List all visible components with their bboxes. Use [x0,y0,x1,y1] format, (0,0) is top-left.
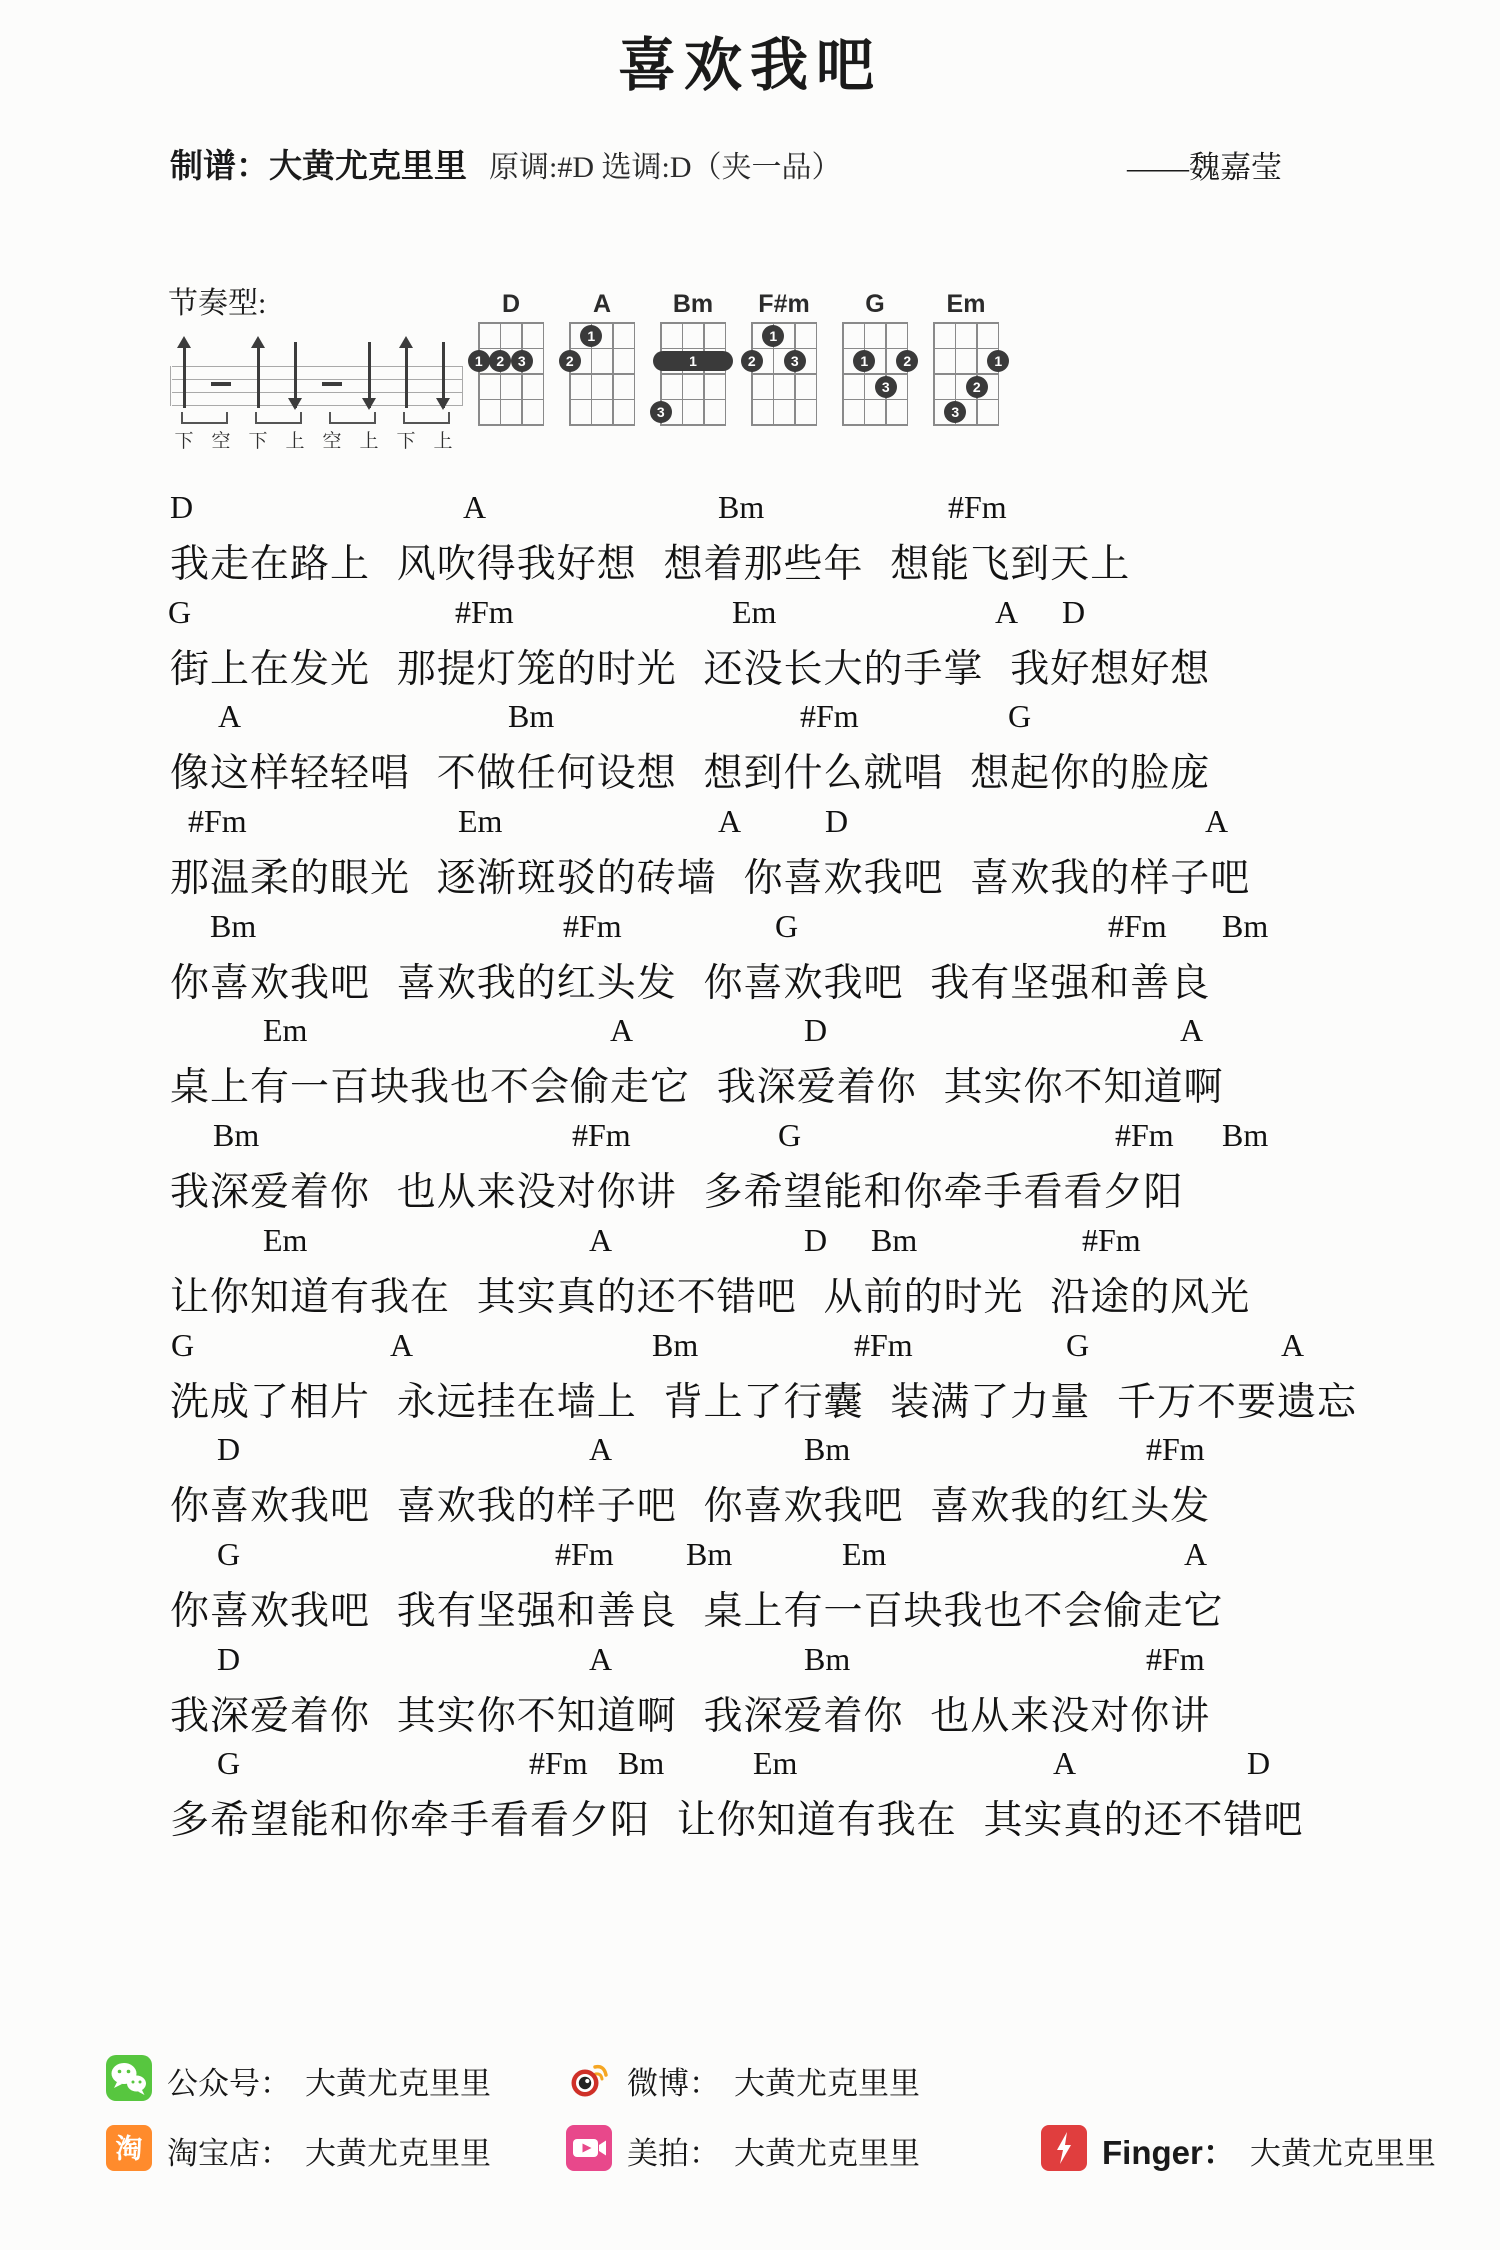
chord-label: Bm [686,1536,732,1573]
fret-line [933,424,999,426]
fret-line [933,373,999,375]
chord-label: G [1008,698,1031,735]
chord-label: #Fm [800,698,859,735]
finger-icon [1040,2124,1088,2177]
chord-chart: Em123 [933,290,999,426]
chord-label: A [218,698,241,735]
chord-label: G [217,1536,240,1573]
fret-line [478,424,544,426]
chord-grid: 12 [569,322,635,426]
rhythm-bracket [255,412,302,424]
chord-label: D [217,1431,240,1468]
chord-label: #Fm [1146,1431,1205,1468]
lyric-text: 桌上有一百块我也不会偷走它 我深爱着你 其实你不知道啊 [170,1056,1224,1112]
fret-line [478,399,544,401]
chord-label: Em [732,594,776,631]
strum-label: 下 [167,426,201,453]
credit-line: 制谱：大黄尤克里里原调:#D 选调:D（夹一品） [170,140,842,187]
chord-label: Bm [652,1327,698,1364]
chord-label: #Fm [555,1536,614,1573]
song-line: Bm#FmG#FmBm我深爱着你 也从来没对你讲 多希望能和你牵手看看夕阳 [0,1117,1500,1222]
lyric-text: 街上在发光 那提灯笼的时光 还没长大的手掌 我好想好想 [170,638,1210,694]
fret-line [660,399,726,401]
song-line: G#FmEmAD街上在发光 那提灯笼的时光 还没长大的手掌 我好想好想 [0,594,1500,699]
artist-credit: ——魏嘉莹 [1127,142,1282,187]
arrowhead-down [288,398,302,410]
song-line: G#FmBmEmA你喜欢我吧 我有坚强和善良 桌上有一百块我也不会偷走它 [0,1536,1500,1641]
chord-label: A [1281,1327,1304,1364]
lyric-text: 你喜欢我吧 我有坚强和善良 桌上有一百块我也不会偷走它 [170,1580,1224,1636]
barre: 1 [653,351,733,371]
arrowhead-down [362,398,376,410]
rhythm-bracket [181,412,228,424]
rhythm-section-label: 节奏型: [168,278,266,322]
fret-line [660,424,726,426]
chord-name: Bm [660,290,726,320]
chord-grid: 123 [842,322,908,426]
chord-sheet: 喜欢我吧 制谱：大黄尤克里里原调:#D 选调:D（夹一品） ——魏嘉莹 节奏型:… [0,0,1500,2250]
account-name: 大黄尤克里里 [734,2128,920,2173]
platform-label: 淘宝店： [167,2128,291,2173]
lyric-text: 让你知道有我在 其实真的还不错吧 从前的时光 沿途的风光 [170,1266,1250,1322]
song-line: DABm#Fm你喜欢我吧 喜欢我的样子吧 你喜欢我吧 喜欢我的红头发 [0,1431,1500,1536]
chord-label: Em [263,1222,307,1259]
song-line: #FmEmADA那温柔的眼光 逐渐斑驳的砖墙 你喜欢我吧 喜欢我的样子吧 [0,803,1500,908]
platform-label: Finger： [1102,2127,1236,2174]
finger-dot: 3 [511,350,533,372]
strum-label: 空 [315,426,349,453]
taobao-icon: 淘 [105,2124,153,2177]
finger-dot: 3 [650,401,672,423]
chord-label: #Fm [1146,1641,1205,1678]
wechat-icon [105,2054,153,2107]
chord-label: #Fm [529,1745,588,1782]
chord-chart: D123 [478,290,544,426]
chord-label: Em [458,803,502,840]
lyric-text: 你喜欢我吧 喜欢我的红头发 你喜欢我吧 我有坚强和善良 [170,952,1210,1008]
finger-dot: 3 [875,376,897,398]
chord-grid: 123 [933,322,999,426]
strum-arrow-up [257,342,260,408]
chord-label: Bm [210,908,256,945]
footer-item: 微博：大黄尤克里里 [565,2054,920,2106]
chord-label: D [804,1012,827,1049]
arrowhead-up [399,336,413,348]
chord-label: Bm [804,1431,850,1468]
chord-label: #Fm [1115,1117,1174,1154]
song-line: Bm#FmG#FmBm你喜欢我吧 喜欢我的红头发 你喜欢我吧 我有坚强和善良 [0,908,1500,1013]
account-name: 大黄尤克里里 [734,2058,920,2103]
chord-diagrams: D123A12Bm13F#m123G123Em123 [478,290,999,426]
fret-line [842,348,908,350]
footer-item: Finger：大黄尤克里里 [1040,2124,1436,2176]
finger-dot: 1 [987,350,1009,372]
chord-label: D [217,1641,240,1678]
fret-line [569,373,635,375]
chord-label: G [168,594,191,631]
chord-label: #Fm [1108,908,1167,945]
chord-label: G [1066,1327,1089,1364]
fret-line [842,322,908,324]
strum-label: 上 [278,426,312,453]
svg-text:淘: 淘 [116,2134,143,2164]
chord-label: #Fm [948,489,1007,526]
fret-line [478,373,544,375]
chord-label: Em [263,1012,307,1049]
fret-line [478,348,544,350]
chord-label: #Fm [572,1117,631,1154]
lyric-text: 那温柔的眼光 逐渐斑驳的砖墙 你喜欢我吧 喜欢我的样子吧 [170,847,1250,903]
weibo-icon [565,2054,613,2107]
rhythm-bracket [403,412,450,424]
song-line: DABm#Fm我走在路上 风吹得我好想 想着那些年 想能飞到天上 [0,489,1500,594]
lyric-text: 洗成了相片 永远挂在墙上 背上了行囊 装满了力量 千万不要遗忘 [170,1371,1357,1427]
chord-label: D [170,489,193,526]
lyric-text: 我走在路上 风吹得我好想 想着那些年 想能飞到天上 [170,533,1130,589]
chord-label: A [1205,803,1228,840]
fret-line [933,399,999,401]
chord-label: Bm [871,1222,917,1259]
chord-grid: 13 [660,322,726,426]
chord-label: #Fm [1082,1222,1141,1259]
chord-label: G [217,1745,240,1782]
chord-chart: A12 [569,290,635,426]
platform-label: 公众号： [167,2058,291,2103]
rest-dash [211,382,231,386]
fret-line [842,373,908,375]
chord-label: A [610,1012,633,1049]
lyric-text: 像这样轻轻唱 不做任何设想 想到什么就唱 想起你的脸庞 [170,742,1210,798]
finger-dot: 2 [896,350,918,372]
chord-label: A [463,489,486,526]
fret-line [660,348,726,350]
chord-label: A [995,594,1018,631]
chord-label: #Fm [188,803,247,840]
account-name: 大黄尤克里里 [1250,2128,1436,2173]
chord-label: A [390,1327,413,1364]
finger-dot: 2 [489,350,511,372]
account-name: 大黄尤克里里 [305,2128,491,2173]
strum-label: 下 [389,426,423,453]
chord-label: D [1062,594,1085,631]
platform-label: 微博： [627,2058,720,2103]
chord-label: D [804,1222,827,1259]
song-title: 喜欢我吧 [0,18,1500,102]
chord-label: A [589,1222,612,1259]
fret-line [569,348,635,350]
staff-edge [170,366,171,406]
song-line: GABm#FmGA洗成了相片 永远挂在墙上 背上了行囊 装满了力量 千万不要遗忘 [0,1327,1500,1432]
platform-label: 美拍： [627,2128,720,2173]
chord-label: Bm [1222,1117,1268,1154]
footer-item: 美拍：大黄尤克里里 [565,2124,920,2176]
song-line: DABm#Fm我深爱着你 其实你不知道啊 我深爱着你 也从来没对你讲 [0,1641,1500,1746]
chord-name: A [569,290,635,320]
key-info: 原调:#D 选调:D（夹一品） [489,151,842,184]
account-name: 大黄尤克里里 [305,2058,491,2103]
chord-label: Bm [804,1641,850,1678]
chord-label: A [1053,1745,1076,1782]
fret-line [660,322,726,324]
chord-label: D [1247,1745,1270,1782]
fret-line [478,322,544,324]
chord-label: Em [753,1745,797,1782]
lyric-text: 你喜欢我吧 喜欢我的样子吧 你喜欢我吧 喜欢我的红头发 [170,1475,1210,1531]
strum-label: 空 [204,426,238,453]
song-line: ABm#FmG像这样轻轻唱 不做任何设想 想到什么就唱 想起你的脸庞 [0,698,1500,803]
rhythm-bracket [329,412,376,424]
fret-line [569,322,635,324]
chord-name: G [842,290,908,320]
chord-label: #Fm [455,594,514,631]
chord-label: A [1184,1536,1207,1573]
chord-label: Bm [618,1745,664,1782]
arrowhead-down [436,398,450,410]
meipai-icon [565,2124,613,2177]
chord-label: Bm [718,489,764,526]
fret-line [569,399,635,401]
chord-name: F#m [751,290,817,320]
fret-line [569,424,635,426]
chord-label: G [171,1327,194,1364]
chord-label: A [589,1641,612,1678]
chord-label: A [718,803,741,840]
chord-label: Bm [1222,908,1268,945]
chord-chart: Bm13 [660,290,726,426]
fret-line [933,348,999,350]
strum-label: 上 [426,426,460,453]
finger-dot: 1 [580,325,602,347]
fret-line [660,373,726,375]
chord-label: A [1180,1012,1203,1049]
lyric-text: 我深爱着你 也从来没对你讲 多希望能和你牵手看看夕阳 [170,1161,1184,1217]
strum-arrow-up [183,342,186,408]
lyric-text: 多希望能和你牵手看看夕阳 让你知道有我在 其实真的还不错吧 [170,1789,1304,1845]
rest-dash [322,382,342,386]
fret-line [751,322,817,324]
finger-dot: 2 [559,350,581,372]
chord-grid: 123 [478,322,544,426]
chord-name: D [478,290,544,320]
lyrics-section: DABm#Fm我走在路上 风吹得我好想 想着那些年 想能飞到天上G#FmEmAD… [0,489,1500,1850]
arrowhead-up [177,336,191,348]
chord-label: #Fm [854,1327,913,1364]
finger-dot: 3 [784,350,806,372]
strum-label: 下 [241,426,275,453]
fret-line [751,399,817,401]
finger-dot: 3 [944,401,966,423]
chord-label: Bm [508,698,554,735]
staff-line [172,405,462,406]
fret-line [842,424,908,426]
chord-label: G [778,1117,801,1154]
finger-dot: 2 [966,376,988,398]
fret-line [751,373,817,375]
song-line: EmADBm#Fm让你知道有我在 其实真的还不错吧 从前的时光 沿途的风光 [0,1222,1500,1327]
chord-label: #Fm [563,908,622,945]
staff-line [172,392,462,393]
staff-line [172,366,462,367]
chord-chart: G123 [842,290,908,426]
song-line: G#FmBmEmAD多希望能和你牵手看看夕阳 让你知道有我在 其实真的还不错吧 [0,1745,1500,1850]
chord-grid: 123 [751,322,817,426]
staff-line [172,379,462,380]
chord-name: Em [933,290,999,320]
chord-label: A [589,1431,612,1468]
footer-item: 淘淘宝店：大黄尤克里里 [105,2124,491,2176]
chord-label: Em [842,1536,886,1573]
rhythm-figure: 下空下上空上下上 [166,336,468,448]
fret-line [751,424,817,426]
lyric-text: 我深爱着你 其实你不知道啊 我深爱着你 也从来没对你讲 [170,1685,1210,1741]
staff-edge [462,366,463,406]
finger-dot: 1 [762,325,784,347]
chord-chart: F#m123 [751,290,817,426]
fret-line [751,348,817,350]
strum-arrow-up [405,342,408,408]
song-line: EmADA桌上有一百块我也不会偷走它 我深爱着你 其实你不知道啊 [0,1012,1500,1117]
fret-line [842,399,908,401]
transcriber-credit: 制谱：大黄尤克里里 [170,149,467,185]
footer-item: 公众号：大黄尤克里里 [105,2054,491,2106]
finger-dot: 1 [853,350,875,372]
chord-label: G [775,908,798,945]
chord-label: D [825,803,848,840]
finger-dot: 1 [468,350,490,372]
strum-label: 上 [352,426,386,453]
arrowhead-up [251,336,265,348]
chord-label: Bm [213,1117,259,1154]
finger-dot: 2 [741,350,763,372]
fret-line [933,322,999,324]
